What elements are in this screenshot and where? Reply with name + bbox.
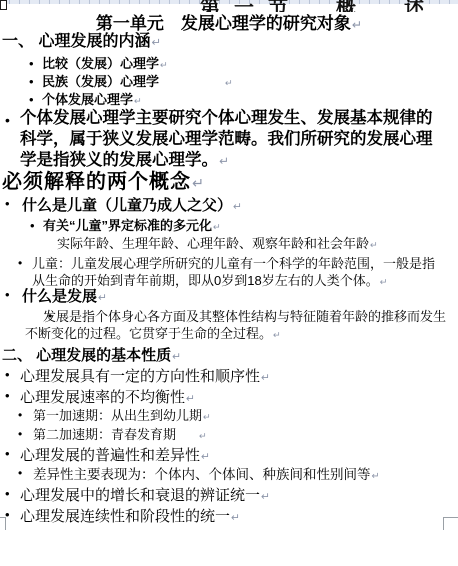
bullet-icon: • [30,219,35,234]
paragraph-mark: ↵ [230,512,240,524]
list-item: •心理发展的普遍性和差异性↵ [20,447,210,464]
bullet-icon: • [29,75,34,90]
paragraph-mark: ↵ [371,471,380,482]
paragraph-mark: ↵ [150,37,161,49]
child-standard: •有关“儿童”界定标准的多元化↵ [43,219,221,234]
list-item-text: 心理发展的普遍性和差异性 [20,447,200,464]
paragraph-mark: ↵ [212,222,221,232]
unit-title: 第一单元 发展心理学的研究对象↵ [0,14,458,34]
bullet-icon: • [18,428,22,442]
list-item-text: 心理发展具有一定的方向性和顺序性 [20,368,260,385]
bullet-icon: • [18,467,22,481]
list-item: •个体发展心理学↵ [42,93,142,108]
unit-title-text: 第一单元 发展心理学的研究对象 [96,14,351,33]
section1-heading: 一、 心理发展的内涵↵ [2,33,161,51]
child-definition: •儿童：儿童发展心理学所研究的儿童有一个科学的年龄范围，一般是指从生命的开始到青… [32,255,442,291]
concepts-heading-text: 必须解释的两个概念 [2,171,191,193]
child-question: •什么是儿童（儿童乃成人之父）↵ [22,197,242,214]
age-types: 实际年龄、生理年龄、心理年龄、观察年龄和社会年龄↵ [57,237,378,252]
word-document-page[interactable]: 第一节 概 述 第一单元 发展心理学的研究对象↵ 一、 心理发展的内涵↵ •比较… [0,0,458,566]
bullet-icon: • [5,368,10,383]
bullet-icon: • [18,409,22,423]
paragraph-mark: ↵ [369,240,378,250]
bullet-icon: • [29,93,34,108]
paragraph-mark: ↵ [198,431,207,441]
list-item-text: 比较（发展）心理学 [42,56,159,71]
bullet-icon: • [5,487,10,502]
paragraph-mark: ↵ [232,201,242,213]
list-item: •比较（发展）心理学↵ [42,57,168,72]
paragraph-mark: ↵ [379,277,388,287]
paragraph-mark: ↵ [260,372,270,384]
paragraph-mark: ↵ [185,393,195,405]
list-item-text: 第二加速期：青春发育期 [33,427,176,442]
bullet-icon: • [5,197,10,212]
bullet-icon: • [18,255,22,272]
list-item: •民族（发展）心理学↵ [42,75,233,90]
paragraph-mark: ↵ [159,60,168,70]
list-item: •第一加速期：从出生到幼儿期↵ [33,409,211,424]
list-item-text: 民族（发展）心理学 [42,74,159,89]
bullet-icon: • [5,110,10,131]
list-item-text: 个体发展心理学 [42,92,133,107]
clipped-chapter-heading: 第一节 概 述 [0,0,458,12]
list-item-text: 心理发展中的增长和衰退的辨证统一 [20,487,260,504]
paragraph-mark: ↵ [200,451,210,463]
paragraph-mark: ↵ [171,351,181,363]
clipped-chapter-heading-text: 第一节 概 述 [200,0,438,12]
list-item: •心理发展具有一定的方向性和顺序性↵ [20,368,270,385]
list-item: •差异性主要表现为：个体内、个体间、种族间和性别间等↵ [33,467,380,483]
bullet-icon: • [30,308,52,325]
section2-heading: 二、 心理发展的基本性质↵ [2,347,181,364]
child-question-text: 什么是儿童（儿童乃成人之父） [22,197,232,214]
list-item-text: 第一加速期：从出生到幼儿期 [33,408,202,423]
section2-heading-text: 二、 心理发展的基本性质 [2,347,171,364]
list-item-text: 心理发展连续性和阶段性的统一 [20,508,230,525]
list-item: •心理发展连续性和阶段性的统一↵ [20,508,240,525]
development-question-text: 什么是发展 [22,288,97,305]
list-item: •心理发展中的增长和衰退的辨证统一↵ [20,487,270,504]
paragraph-mark: ↵ [272,330,281,340]
paragraph-mark: ↵ [351,18,362,32]
bullet-icon: • [29,57,34,72]
child-definition-text: 儿童：儿童发展心理学所研究的儿童有一个科学的年龄范围，一般是指从生命的开始到青年… [32,256,435,288]
paragraph-mark: ↵ [260,491,270,503]
text-boundary-mark-right [443,517,458,530]
bullet-icon: • [5,447,10,462]
age-types-text: 实际年龄、生理年龄、心理年龄、观察年龄和社会年龄 [57,236,369,251]
concepts-heading: 必须解释的两个概念↵ [2,171,205,194]
text-boundary-mark-left [0,517,6,530]
child-standard-text: 有关“儿童”界定标准的多元化 [43,218,212,233]
section1-heading-text: 一、 心理发展的内涵 [2,33,150,50]
paragraph-mark: ↵ [218,154,229,168]
list-item-text: 心理发展速率的不均衡性 [20,389,185,406]
paragraph-mark: ↵ [97,292,107,304]
section1-summary: •个体发展心理学主要研究个体心理发生、发展基本规律的科学，属于狭义发展心理学范畴… [20,108,446,172]
paragraph-mark: ↵ [191,176,205,192]
list-item: •第二加速期：青春发育期↵ [33,428,207,443]
paragraph-mark: ↵ [224,78,233,88]
development-question: •什么是发展↵ [22,288,107,305]
development-definition-text: 发展是指个体身心各方面及其整体性结构与特征随着年龄的推移而发生不断变化的过程。它… [25,309,446,341]
bullet-icon: • [5,288,10,303]
development-definition: •发展是指个体身心各方面及其整体性结构与特征随着年龄的推移而发生不断变化的过程。… [25,308,450,344]
list-item-text: 差异性主要表现为：个体内、个体间、种族间和性别间等 [33,467,371,482]
list-item: •心理发展速率的不均衡性↵ [20,389,195,406]
paragraph-mark: ↵ [202,412,211,422]
paragraph-mark: ↵ [133,96,142,106]
bullet-icon: • [5,389,10,404]
